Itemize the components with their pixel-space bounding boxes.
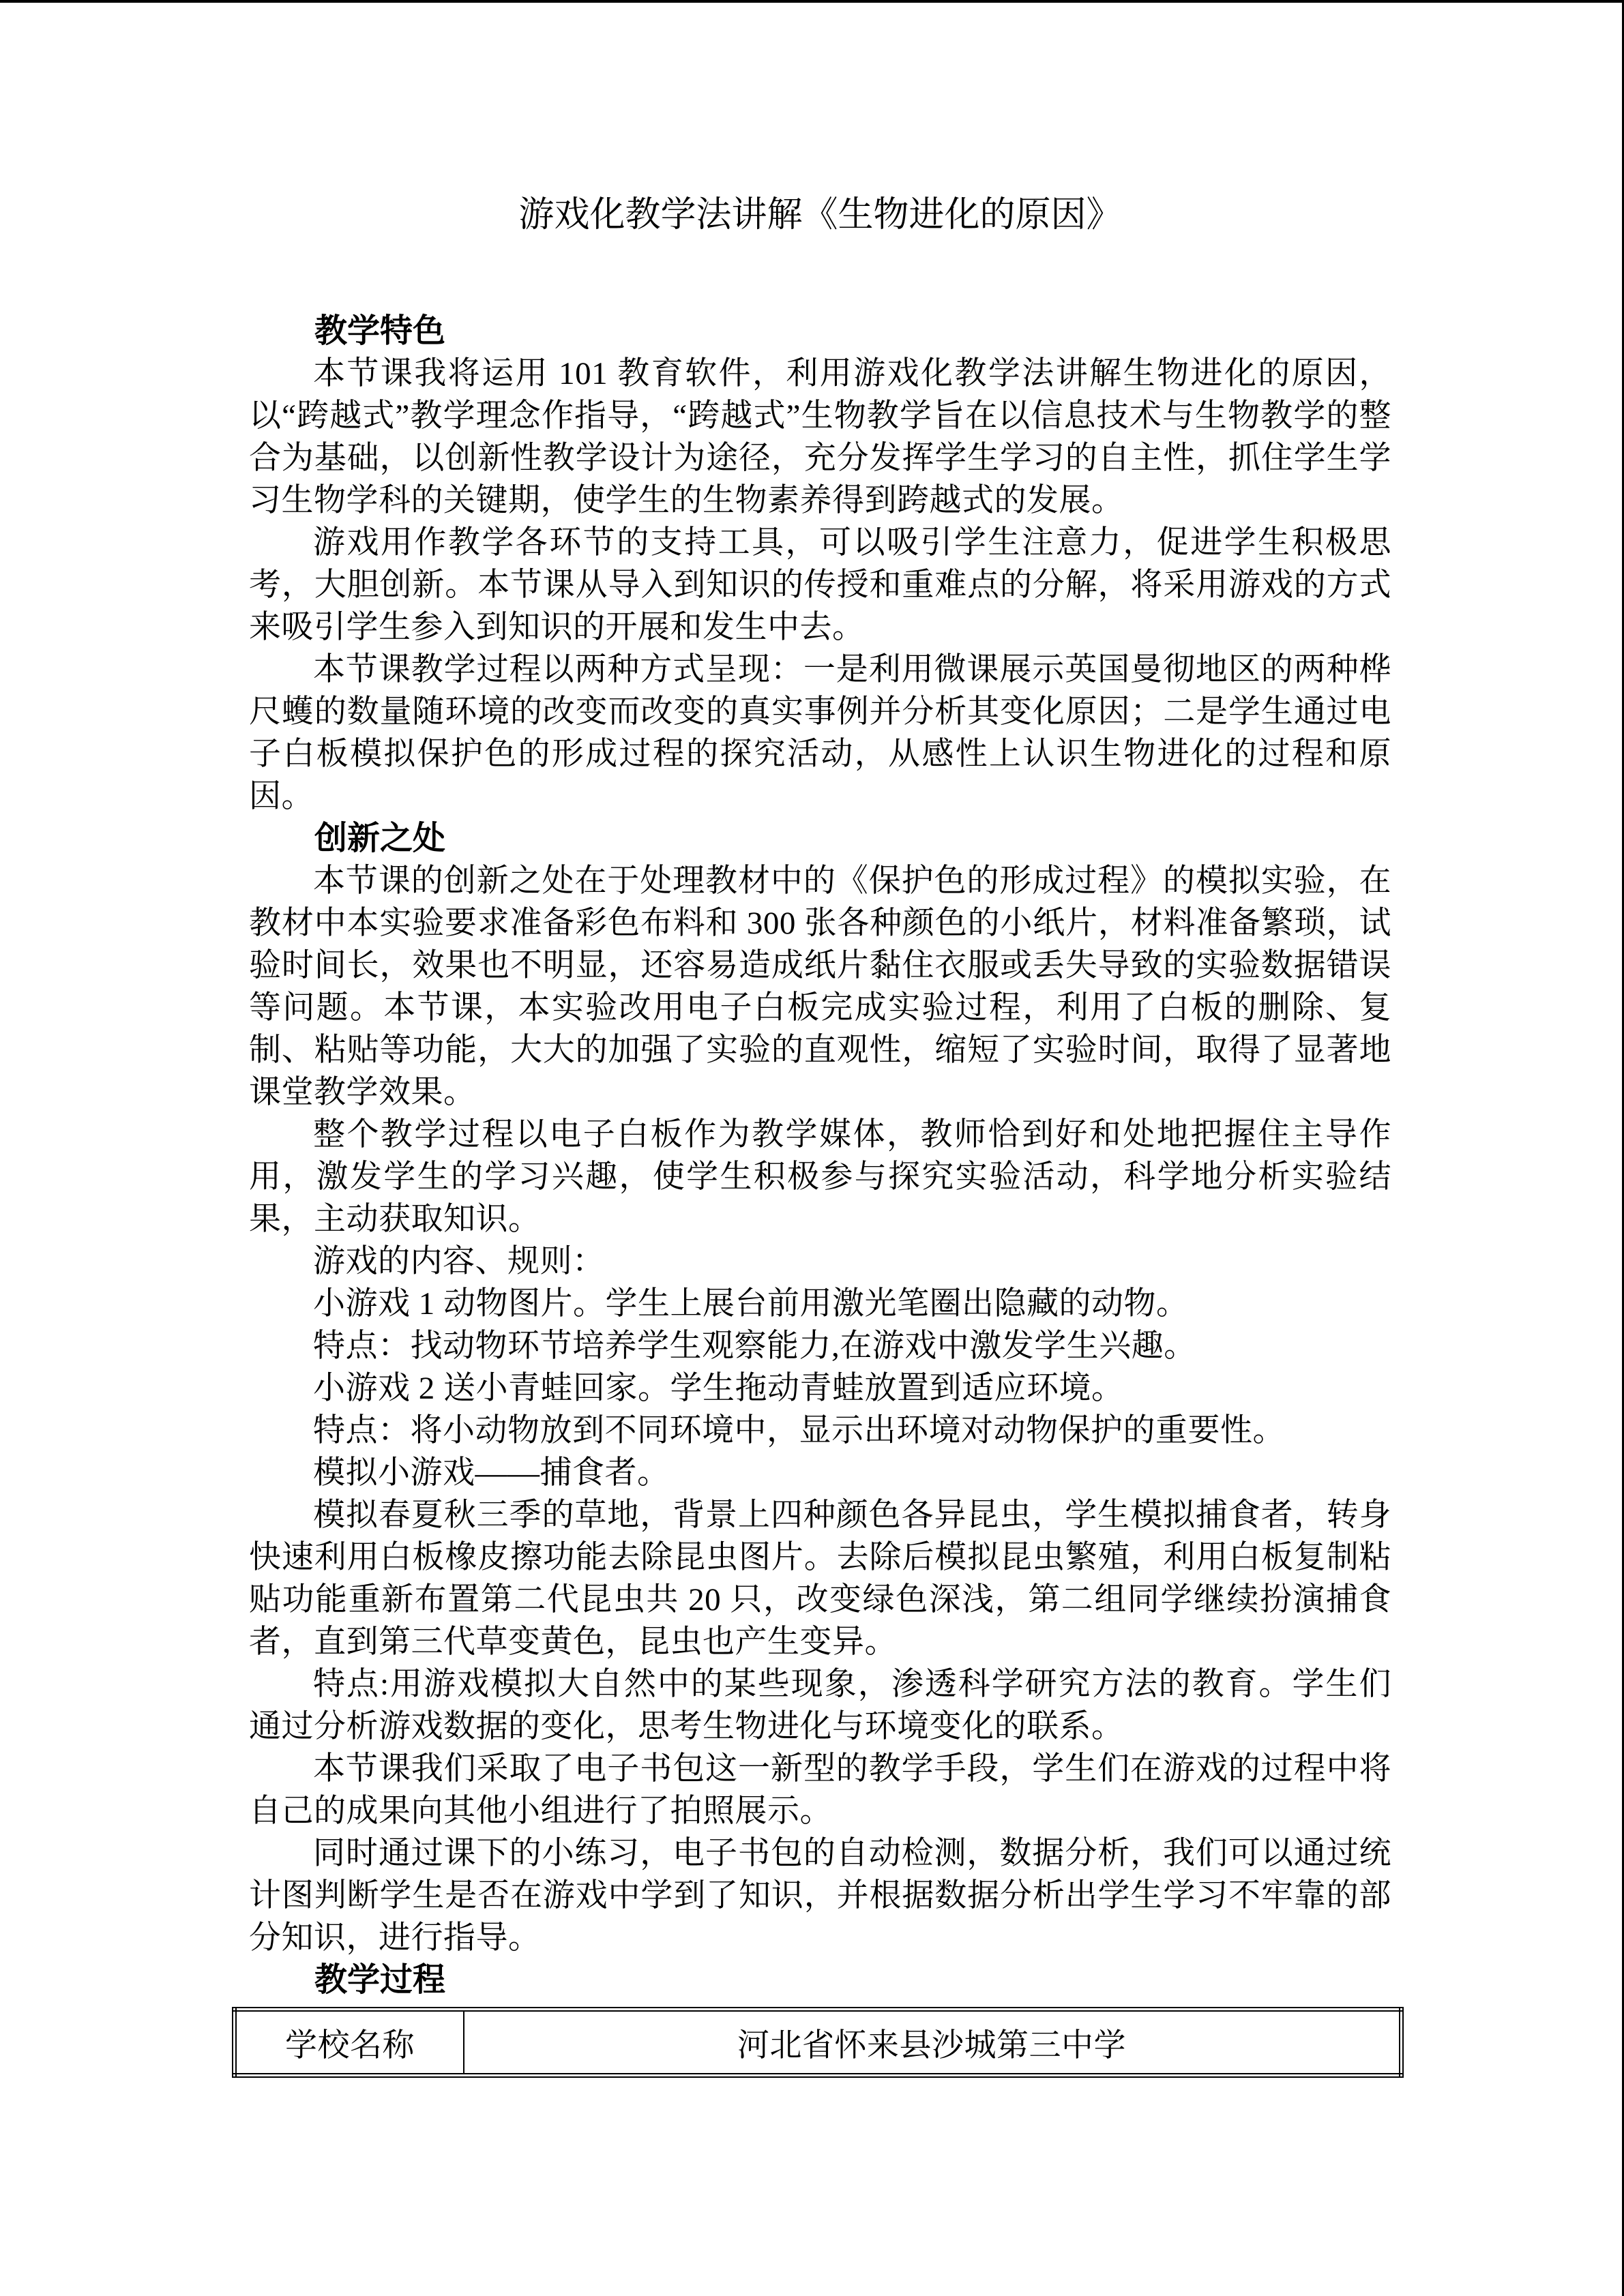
simulation-game-line: 模拟小游戏——捕食者。 [249,1452,1391,1494]
section-heading-teaching-process: 教学过程 [249,1959,1391,2001]
game-2-feature-line: 特点：将小动物放到不同环境中，显示出环境对动物保护的重要性。 [249,1410,1391,1452]
table-row: 学校名称 河北省怀来县沙城第三中学 [235,2010,1402,2076]
body-paragraph: 游戏用作教学各环节的支持工具，可以吸引学生注意力，促进学生积极思考，大胆创新。本… [249,522,1391,648]
game-rules-intro-line: 游戏的内容、规则： [249,1240,1391,1283]
table-cell-school-label: 学校名称 [235,2010,464,2076]
table-cell-school-value: 河北省怀来县沙城第三中学 [464,2010,1402,2076]
body-paragraph: 本节课的创新之处在于处理教材中的《保护色的形成过程》的模拟实验，在教材中本实验要… [249,860,1391,1114]
section-heading-innovation: 创新之处 [249,818,1391,860]
body-paragraph: 本节课教学过程以两种方式呈现：一是利用微课展示英国曼彻地区的两种桦尺蠖的数量随环… [249,648,1391,818]
scan-edge-top [0,0,1624,3]
body-paragraph: 整个教学过程以电子白板作为教学媒体，教师恰到好和处地把握住主导作用，激发学生的学… [249,1114,1391,1240]
section-heading-teaching-features: 教学特色 [249,310,1391,353]
body-paragraph: 本节课我将运用 101 教育软件，利用游戏化教学法讲解生物进化的原因，以“跨越式… [249,353,1391,522]
document-page: 游戏化教学法讲解《生物进化的原因》 教学特色 本节课我将运用 101 教育软件，… [0,0,1624,2296]
body-paragraph: 本节课我们采取了电子书包这一新型的教学手段，学生们在游戏的过程中将自己的成果向其… [249,1748,1391,1832]
document-title: 游戏化教学法讲解《生物进化的原因》 [249,194,1391,237]
info-table: 学校名称 河北省怀来县沙城第三中学 [232,2007,1404,2078]
game-1-feature-line: 特点：找动物环节培养学生观察能力,在游戏中激发学生兴趣。 [249,1325,1391,1367]
body-paragraph: 模拟春夏秋三季的草地，背景上四种颜色各异昆虫，学生模拟捕食者，转身快速利用白板橡… [249,1494,1391,1663]
game-2-line: 小游戏 2 送小青蛙回家。学生拖动青蛙放置到适应环境。 [249,1367,1391,1410]
body-paragraph: 同时通过课下的小练习，电子书包的自动检测，数据分析，我们可以通过统计图判断学生是… [249,1832,1391,1959]
game-1-line: 小游戏 1 动物图片。学生上展台前用激光笔圈出隐藏的动物。 [249,1283,1391,1325]
body-paragraph: 特点:用游戏模拟大自然中的某些现象，渗透科学研究方法的教育。学生们通过分析游戏数… [249,1663,1391,1748]
document-content: 游戏化教学法讲解《生物进化的原因》 教学特色 本节课我将运用 101 教育软件，… [0,0,1624,2078]
